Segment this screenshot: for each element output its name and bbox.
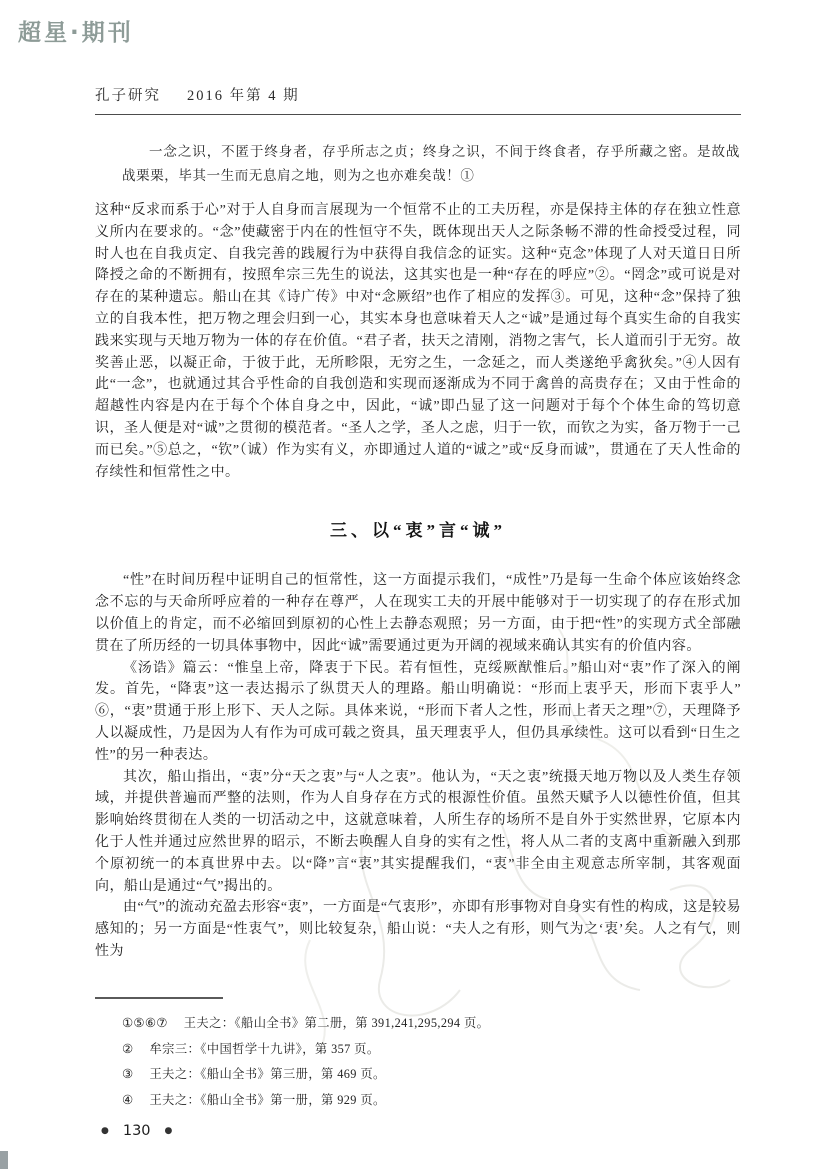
- footnote-text: 王夫之：《船山全书》第三册，第 469 页。: [149, 1062, 741, 1088]
- page-number: ● 130 ●: [95, 1123, 741, 1139]
- block-quote: 一念之识，不匿于终身者，存乎所志之贞；终身之识，不间于终食者，存乎所藏之密。是故…: [122, 140, 740, 188]
- footnote-item: ③ 王夫之：《船山全书》第三册，第 469 页。: [122, 1062, 741, 1088]
- footnote-item: ② 牟宗三：《中国哲学十九讲》，第 357 页。: [122, 1037, 741, 1063]
- body-paragraph: 其次，船山指出，“衷”分“天之衷”与“人之衷”。他认为，“天之衷”统摄天地万物以…: [95, 767, 741, 898]
- body-paragraph: 这种“反求而系于心”对于人自身而言展现为一个恒常不止的工夫历程，亦是保持主体的存…: [95, 200, 741, 483]
- footnote-markers: ②: [122, 1037, 133, 1063]
- page-content: 孔子研究 2016 年第 4 期 一念之识，不匿于终身者，存乎所志之贞；终身之识…: [95, 0, 741, 1139]
- footnotes-block: ①⑤⑥⑦ 王夫之：《船山全书》第二册，第 391,241,295,294 页。 …: [95, 1011, 741, 1114]
- footnote-item: ①⑤⑥⑦ 王夫之：《船山全书》第二册，第 391,241,295,294 页。: [122, 1011, 741, 1037]
- footnote-text: 王夫之：《船山全书》第二册，第 391,241,295,294 页。: [184, 1011, 741, 1037]
- footnote-markers: ①⑤⑥⑦: [122, 1011, 168, 1037]
- footnote-separator: [95, 997, 223, 999]
- page-number-value: 130: [123, 1123, 151, 1139]
- footnote-markers: ③: [122, 1062, 133, 1088]
- body-paragraph: 由“气”的流动充盈去形容“衷”，一方面是“气衷形”，亦即有形事物对自身实有性的构…: [95, 897, 741, 962]
- journal-title: 孔子研究: [95, 84, 161, 105]
- body-paragraph: 《汤诰》篇云：“惟皇上帝，降衷于下民。若有恒性，克绥厥猷惟后。”船山对“衷”作了…: [95, 658, 741, 767]
- body-paragraph: “性”在时间历程中证明自己的恒常性，这一方面提示我们，“成性”乃是每一生命个体应…: [95, 570, 741, 657]
- scan-edge-artifact: [0, 1151, 8, 1169]
- footnote-item: ④ 王夫之：《船山全书》第一册，第 929 页。: [122, 1088, 741, 1114]
- page-number-dot-left: ●: [101, 1126, 109, 1136]
- section-heading: 三、以“衷”言“诚”: [95, 516, 741, 541]
- footnote-text: 王夫之：《船山全书》第一册，第 929 页。: [149, 1088, 741, 1114]
- journal-scan-page: 超星·期刊 孔子研究 2016 年第 4 期 一念之识，不匿于终身者，存乎所志之…: [0, 0, 826, 1169]
- journal-issue: 2016 年第 4 期: [187, 84, 300, 105]
- footnote-markers: ④: [122, 1088, 133, 1114]
- page-number-dot-right: ●: [165, 1126, 173, 1136]
- footnote-text: 牟宗三：《中国哲学十九讲》，第 357 页。: [149, 1037, 741, 1063]
- running-head: 孔子研究 2016 年第 4 期: [95, 84, 741, 115]
